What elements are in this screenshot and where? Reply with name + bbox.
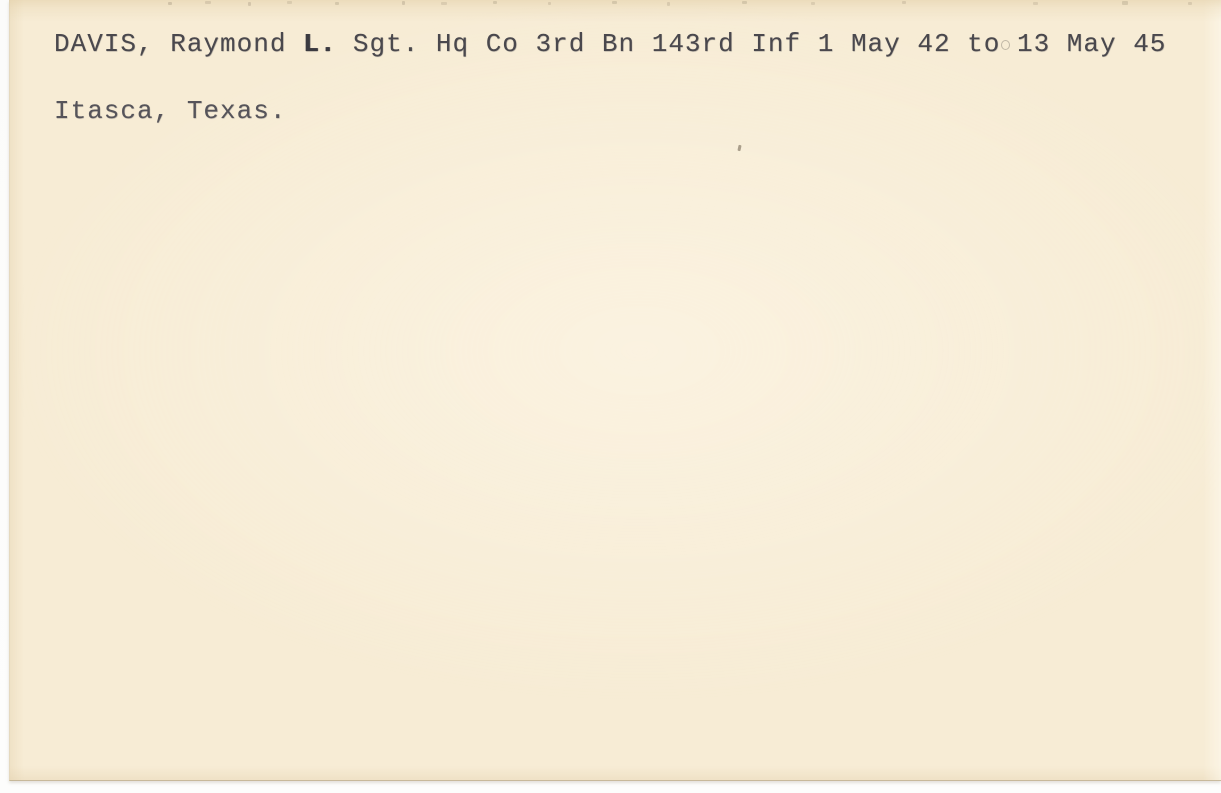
record-name: DAVIS, Raymond xyxy=(54,29,303,59)
remnant-mark xyxy=(612,1,617,4)
record-rank-unit-dates: Sgt. Hq Co 3rd Bn 143rd Inf 1 May 42 to … xyxy=(336,29,1166,59)
remnant-mark xyxy=(168,2,172,5)
remnant-mark xyxy=(902,1,906,4)
scanned-page: DAVIS, Raymond L. Sgt. Hq Co 3rd Bn 143r… xyxy=(0,0,1221,793)
remnant-mark xyxy=(441,2,447,5)
remnant-mark xyxy=(335,2,339,5)
remnant-mark xyxy=(205,1,211,4)
index-card: DAVIS, Raymond L. Sgt. Hq Co 3rd Bn 143r… xyxy=(9,0,1221,781)
ghost-overtype-mark xyxy=(1001,40,1010,50)
remnant-mark xyxy=(1122,1,1128,5)
record-line-2: Itasca, Texas. xyxy=(54,98,286,124)
remnant-mark xyxy=(811,2,815,5)
remnant-mark xyxy=(493,1,497,4)
remnant-mark xyxy=(1033,2,1038,5)
ink-speck xyxy=(737,145,741,151)
remnant-mark xyxy=(742,1,747,4)
record-middle-initial-overstruck: L. xyxy=(303,29,336,59)
remnant-mark xyxy=(548,2,551,5)
remnant-mark xyxy=(1188,2,1192,5)
remnant-mark xyxy=(287,1,292,4)
record-line-1: DAVIS, Raymond L. Sgt. Hq Co 3rd Bn 143r… xyxy=(54,31,1166,57)
remnant-mark xyxy=(402,1,405,5)
remnant-mark xyxy=(248,2,251,6)
remnant-mark xyxy=(667,2,670,6)
